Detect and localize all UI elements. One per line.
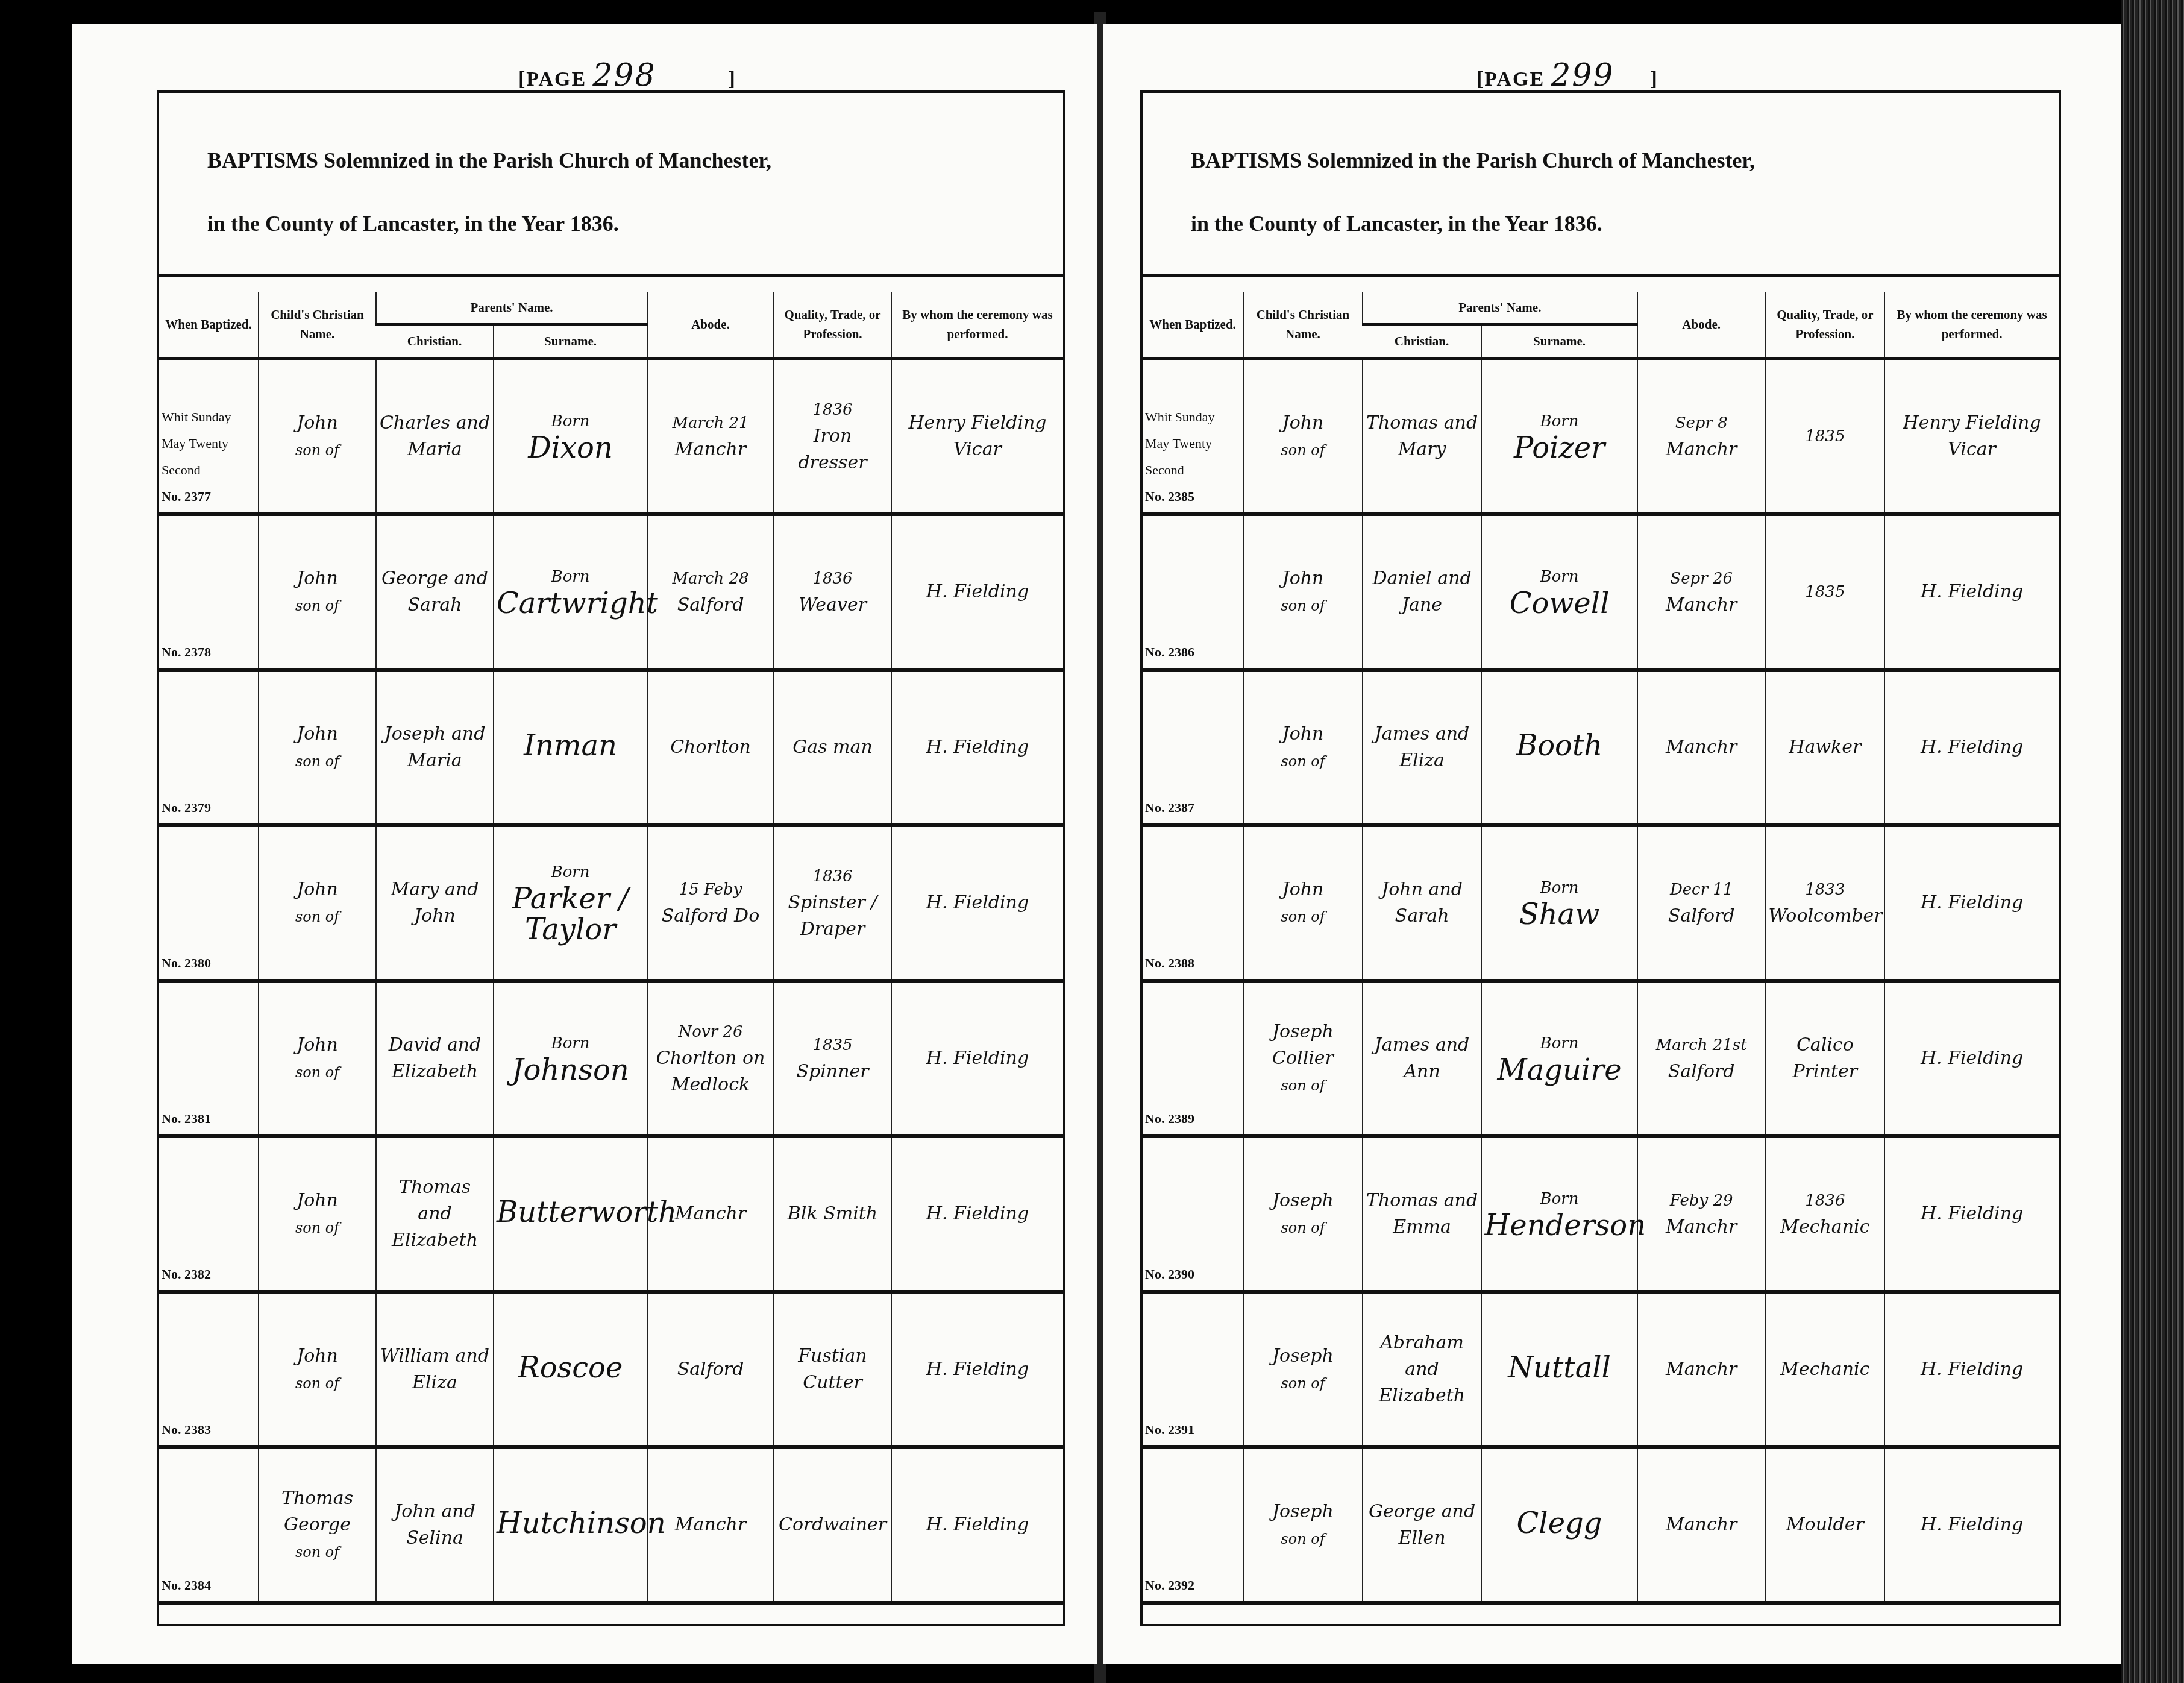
cell-parents-christian: John and Sarah: [1363, 825, 1482, 981]
cell-parents-christian: James and Ann: [1363, 981, 1482, 1136]
cell-when: No. 2390: [1143, 1136, 1243, 1292]
col-when: When Baptized.: [1143, 292, 1243, 359]
trade: Mechanic: [1780, 1216, 1869, 1238]
relation: son of: [295, 1375, 339, 1392]
table-row: No. 2380Johnson ofMary and JohnBornParke…: [159, 825, 1063, 981]
relation: son of: [1281, 1077, 1325, 1094]
cell-when: No. 2380: [159, 825, 259, 981]
child-name: John: [1282, 412, 1324, 433]
baptism-table: When Baptized. Child's Christian Name. P…: [1143, 292, 2059, 1605]
col-ceremony: By whom the ceremony was performed.: [891, 292, 1063, 359]
table-row: No. 2381Johnson ofDavid and ElizabethBor…: [159, 981, 1063, 1136]
parents-christian: Daniel and Jane: [1373, 568, 1472, 615]
cell-surname: BornHenderson: [1481, 1136, 1637, 1292]
birth-year: 1835: [777, 1032, 888, 1059]
cell-surname: BornMaguire: [1481, 981, 1637, 1136]
surname: Poizer: [1514, 431, 1605, 465]
child-name: John: [297, 1345, 338, 1367]
cell-quality: Hawker: [1766, 670, 1885, 825]
baptism-date: Whit Sunday May Twenty Second: [1145, 404, 1240, 483]
cell-surname: Booth: [1481, 670, 1637, 825]
cell-surname: BornPoizer: [1481, 359, 1637, 514]
child-name: John: [297, 879, 338, 900]
birth-date: March 21st: [1640, 1032, 1763, 1059]
cell-surname: Inman: [494, 670, 647, 825]
relation: son of: [1281, 442, 1325, 459]
page-label: [PAGE: [1476, 68, 1545, 90]
parents-christian: John and Sarah: [1381, 879, 1463, 926]
cell-surname: Hutchinson: [494, 1447, 647, 1603]
cell-ceremony: H. Fielding: [891, 670, 1063, 825]
col-child: Child's Christian Name.: [259, 292, 376, 359]
officiant: H. Fielding: [1921, 1048, 2023, 1069]
baptism-date: Whit Sunday May Twenty Second: [162, 404, 256, 483]
abode: Salford: [1668, 1061, 1735, 1082]
cell-when: No. 2383: [159, 1292, 259, 1447]
table-row: No. 2382Johnson ofThomas and ElizabethBu…: [159, 1136, 1063, 1292]
cell-child: Josephson of: [1243, 1136, 1363, 1292]
cell-ceremony: H. Fielding: [891, 1447, 1063, 1603]
cell-quality: 1835: [1766, 514, 1885, 670]
cell-abode: Manchr: [647, 1447, 774, 1603]
abode: Salford Do: [662, 905, 759, 926]
cell-quality: 1833Woolcomber: [1766, 825, 1885, 981]
cell-quality: Calico Printer: [1766, 981, 1885, 1136]
entry-number: No. 2391: [1145, 1422, 1194, 1437]
birth-year: 1836: [777, 397, 888, 423]
parents-christian: Thomas and Emma: [1366, 1190, 1478, 1238]
cell-when: No. 2386: [1143, 514, 1243, 670]
child-name: John: [297, 1190, 338, 1211]
cell-abode: March 28Salford: [647, 514, 774, 670]
officiant: H. Fielding: [1921, 1514, 2023, 1535]
trade: Calico Printer: [1793, 1034, 1858, 1082]
officiant: H. Fielding: [926, 581, 1029, 602]
register-title: BAPTISMS Solemnized in the Parish Church…: [159, 129, 1063, 256]
parents-christian: David and Elizabeth: [389, 1034, 482, 1082]
cell-child: Johnson of: [259, 825, 376, 981]
page-number: 298: [592, 57, 656, 93]
surname: Cowell: [1510, 587, 1610, 620]
cell-parents-christian: Thomas and Elizabeth: [376, 1136, 494, 1292]
surname: Parker / Taylor: [512, 882, 629, 946]
cell-parents-christian: Abraham and Elizabeth: [1363, 1292, 1482, 1447]
abode: Manchr: [1666, 1359, 1737, 1380]
abode: Salford: [1668, 905, 1735, 926]
col-ceremony: By whom the ceremony was performed.: [1884, 292, 2059, 359]
cell-abode: Manchr: [1637, 670, 1766, 825]
cell-ceremony: Henry Fielding Vicar: [891, 359, 1063, 514]
trade: Moulder: [1786, 1514, 1864, 1535]
cell-quality: 1836Mechanic: [1766, 1136, 1885, 1292]
surname: Hutchinson: [497, 1506, 666, 1540]
table-row: No. 2388Johnson ofJohn and SarahBornShaw…: [1143, 825, 2059, 981]
abode: Chorlton: [670, 737, 751, 758]
relation: son of: [295, 908, 339, 925]
cell-quality: Mechanic: [1766, 1292, 1885, 1447]
cell-quality: Blk Smith: [774, 1136, 891, 1292]
entry-number: No. 2392: [1145, 1578, 1194, 1593]
cell-abode: Manchr: [1637, 1447, 1766, 1603]
trade: Fustian Cutter: [798, 1345, 867, 1393]
col-quality: Quality, Trade, or Profession.: [1766, 292, 1885, 359]
entry-number: No. 2390: [1145, 1266, 1194, 1282]
table-row: No. 2387Johnson ofJames and ElizaBoothMa…: [1143, 670, 2059, 825]
title-rule: [1143, 274, 2059, 277]
abode: Manchr: [675, 1203, 746, 1224]
cell-abode: Novr 26Chorlton on Medlock: [647, 981, 774, 1136]
birth-date: Sepr 8: [1640, 410, 1763, 436]
register-frame: BAPTISMS Solemnized in the Parish Church…: [157, 90, 1065, 1626]
cell-ceremony: H. Fielding: [891, 1292, 1063, 1447]
cell-surname: Nuttall: [1481, 1292, 1637, 1447]
right-page: [PAGE299] BAPTISMS Solemnized in the Par…: [1103, 24, 2121, 1664]
cell-when: Whit Sunday May Twenty SecondNo. 2385: [1143, 359, 1243, 514]
entry-number: No. 2386: [1145, 644, 1194, 659]
baptism-table: When Baptized. Child's Christian Name. P…: [159, 292, 1063, 1605]
entry-number: No. 2385: [1145, 489, 1194, 504]
birth-date: March 28: [650, 565, 771, 592]
cell-child: Johnson of: [1243, 670, 1363, 825]
surname: Dixon: [528, 431, 613, 465]
cell-child: Johnson of: [259, 359, 376, 514]
abode: Manchr: [1666, 439, 1737, 460]
cell-child: Johnson of: [1243, 825, 1363, 981]
table-row: No. 2383Johnson ofWilliam and ElizaRosco…: [159, 1292, 1063, 1447]
child-name: Joseph: [1272, 1501, 1334, 1522]
entry-number: No. 2384: [162, 1578, 211, 1593]
table-row: No. 2386Johnson ofDaniel and JaneBornCow…: [1143, 514, 2059, 670]
title-line-2: in the County of Lancaster, in the Year …: [1191, 192, 2059, 256]
cell-ceremony: H. Fielding: [1884, 670, 2059, 825]
parents-christian: Joseph and Maria: [384, 723, 486, 771]
parents-christian: Abraham and Elizabeth: [1379, 1332, 1465, 1406]
birth-date: Sepr 26: [1640, 565, 1763, 592]
entry-number: No. 2381: [162, 1111, 211, 1126]
entry-number: No. 2382: [162, 1266, 211, 1282]
abode: Manchr: [1666, 594, 1737, 615]
surname: Clegg: [1517, 1506, 1602, 1540]
child-name: John: [297, 568, 338, 589]
register-frame: BAPTISMS Solemnized in the Parish Church…: [1140, 90, 2061, 1626]
relation: son of: [1281, 1530, 1325, 1547]
left-page: [PAGE298] BAPTISMS Solemnized in the Par…: [72, 24, 1097, 1664]
abode: Manchr: [675, 1514, 746, 1535]
entry-number: No. 2379: [162, 800, 211, 815]
cell-ceremony: H. Fielding: [1884, 1447, 2059, 1603]
trade: Cordwainer: [779, 1514, 886, 1535]
cell-surname: BornParker / Taylor: [494, 825, 647, 981]
cell-ceremony: H. Fielding: [891, 981, 1063, 1136]
birth-date: Feby 29: [1640, 1188, 1763, 1214]
cell-ceremony: H. Fielding: [1884, 514, 2059, 670]
cell-quality: 1835Spinner: [774, 981, 891, 1136]
cell-surname: BornJohnson: [494, 981, 647, 1136]
cell-surname: Clegg: [1481, 1447, 1637, 1603]
relation: son of: [1281, 597, 1325, 614]
surname: Henderson: [1484, 1209, 1646, 1242]
col-parents: Parents' Name.: [376, 292, 647, 324]
officiant: H. Fielding: [1921, 737, 2023, 758]
cell-when: Whit Sunday May Twenty SecondNo. 2377: [159, 359, 259, 514]
child-name: John: [297, 412, 338, 433]
child-name: Joseph: [1272, 1190, 1334, 1211]
cell-when: No. 2392: [1143, 1447, 1243, 1603]
col-when: When Baptized.: [159, 292, 259, 359]
page-number-header: [PAGE299]: [1476, 57, 1658, 93]
title-line-1: BAPTISMS Solemnized in the Parish Church…: [1191, 129, 2059, 192]
col-quality: Quality, Trade, or Profession.: [774, 292, 891, 359]
cell-when: No. 2391: [1143, 1292, 1243, 1447]
birth-date: 15 Feby: [650, 876, 771, 903]
birth-year: 1836: [777, 565, 888, 592]
surname: Maguire: [1498, 1053, 1622, 1087]
cell-ceremony: Henry Fielding Vicar: [1884, 359, 2059, 514]
col-christian: Christian.: [376, 324, 494, 359]
trade: Mechanic: [1780, 1359, 1869, 1380]
child-name: John: [1282, 723, 1324, 744]
abode: Manchr: [1666, 737, 1737, 758]
entry-number: No. 2378: [162, 644, 211, 659]
col-surname: Surname.: [1481, 324, 1637, 359]
parents-christian: George and Ellen: [1369, 1501, 1475, 1549]
parents-christian: Charles and Maria: [380, 412, 490, 460]
officiant: Henry Fielding Vicar: [908, 412, 1046, 460]
child-name: John: [297, 723, 338, 744]
trade: Blk Smith: [788, 1203, 877, 1224]
birth-date: March 21: [650, 410, 771, 436]
officiant: H. Fielding: [926, 1359, 1029, 1380]
cell-parents-christian: Daniel and Jane: [1363, 514, 1482, 670]
cell-child: Johnson of: [259, 1292, 376, 1447]
parents-christian: George and Sarah: [381, 568, 488, 615]
cell-abode: Manchr: [1637, 1292, 1766, 1447]
cell-abode: Sepr 26Manchr: [1637, 514, 1766, 670]
cell-ceremony: H. Fielding: [891, 1136, 1063, 1292]
cell-child: Josephson of: [1243, 1292, 1363, 1447]
officiant: Henry Fielding Vicar: [1903, 412, 2041, 460]
surname: Cartwright: [497, 587, 658, 620]
table-row: Whit Sunday May Twenty SecondNo. 2385Joh…: [1143, 359, 2059, 514]
cell-parents-christian: William and Eliza: [376, 1292, 494, 1447]
cell-surname: BornCowell: [1481, 514, 1637, 670]
officiant: H. Fielding: [926, 1514, 1029, 1535]
birth-year: 1835: [1769, 579, 1882, 605]
cell-child: Johnson of: [259, 981, 376, 1136]
cell-abode: 15 FebySalford Do: [647, 825, 774, 981]
cell-parents-christian: John and Selina: [376, 1447, 494, 1603]
parents-christian: James and Eliza: [1375, 723, 1469, 771]
cell-when: No. 2381: [159, 981, 259, 1136]
officiant: H. Fielding: [926, 1048, 1029, 1069]
relation: son of: [1281, 908, 1325, 925]
birth-year: 1833: [1769, 876, 1882, 903]
cell-surname: BornCartwright: [494, 514, 647, 670]
trade: Iron dresser: [798, 426, 867, 473]
relation: son of: [295, 753, 339, 770]
cell-parents-christian: James and Eliza: [1363, 670, 1482, 825]
table-row: No. 2392Josephson ofGeorge and EllenCleg…: [1143, 1447, 2059, 1603]
cell-parents-christian: Thomas and Emma: [1363, 1136, 1482, 1292]
cell-child: Johnson of: [1243, 359, 1363, 514]
cell-quality: 1836Weaver: [774, 514, 891, 670]
page-label: [PAGE: [518, 68, 586, 90]
cell-parents-christian: George and Ellen: [1363, 1447, 1482, 1603]
officiant: H. Fielding: [1921, 892, 2023, 913]
cell-quality: 1836Spinster / Draper: [774, 825, 891, 981]
cell-surname: Butterworth: [494, 1136, 647, 1292]
birth-date: Decr 11: [1640, 876, 1763, 903]
cell-abode: Salford: [647, 1292, 774, 1447]
cell-abode: Feby 29Manchr: [1637, 1136, 1766, 1292]
table-row: No. 2390Josephson ofThomas and EmmaBornH…: [1143, 1136, 2059, 1292]
officiant: H. Fielding: [1921, 1203, 2023, 1224]
child-name: Thomas George: [281, 1488, 353, 1535]
cell-parents-christian: Charles and Maria: [376, 359, 494, 514]
cell-quality: Fustian Cutter: [774, 1292, 891, 1447]
cell-when: No. 2382: [159, 1136, 259, 1292]
surname: Shaw: [1519, 898, 1600, 931]
trade: Gas man: [792, 737, 872, 758]
surname: Nuttall: [1508, 1351, 1611, 1385]
col-parents: Parents' Name.: [1363, 292, 1637, 324]
cell-quality: 1836Iron dresser: [774, 359, 891, 514]
relation: son of: [1281, 1219, 1325, 1236]
cell-child: Joseph Collierson of: [1243, 981, 1363, 1136]
cell-abode: March 21Manchr: [647, 359, 774, 514]
officiant: H. Fielding: [1921, 1359, 2023, 1380]
cell-child: Thomas Georgeson of: [259, 1447, 376, 1603]
relation: son of: [295, 442, 339, 459]
relation: son of: [295, 597, 339, 614]
relation: son of: [295, 1064, 339, 1081]
trade: Weaver: [799, 594, 867, 615]
child-name: John: [297, 1034, 338, 1055]
col-child: Child's Christian Name.: [1243, 292, 1363, 359]
page-number: 299: [1551, 57, 1614, 93]
parents-christian: Thomas and Mary: [1366, 412, 1478, 460]
parents-christian: Mary and John: [391, 879, 479, 926]
abode: Manchr: [1666, 1514, 1737, 1535]
cell-parents-christian: George and Sarah: [376, 514, 494, 670]
relation: son of: [1281, 753, 1325, 770]
cell-ceremony: H. Fielding: [1884, 1292, 2059, 1447]
relation: son of: [295, 1219, 339, 1236]
cell-parents-christian: Thomas and Mary: [1363, 359, 1482, 514]
cell-surname: Roscoe: [494, 1292, 647, 1447]
abode: Chorlton on Medlock: [656, 1048, 765, 1095]
entry-number: No. 2387: [1145, 800, 1194, 815]
table-row: No. 2391Josephson ofAbraham and Elizabet…: [1143, 1292, 2059, 1447]
birth-year: 1836: [777, 863, 888, 890]
cell-when: No. 2379: [159, 670, 259, 825]
parents-christian: James and Ann: [1375, 1034, 1469, 1082]
cell-child: Johnson of: [259, 670, 376, 825]
title-line-1: BAPTISMS Solemnized in the Parish Church…: [207, 129, 1063, 192]
surname: Johnson: [512, 1053, 629, 1087]
surname: Booth: [1516, 729, 1602, 763]
surname: Butterworth: [497, 1195, 677, 1229]
cell-when: No. 2388: [1143, 825, 1243, 981]
parents-christian: John and Selina: [394, 1501, 475, 1549]
title-rule: [159, 274, 1063, 277]
cell-parents-christian: Joseph and Maria: [376, 670, 494, 825]
cell-quality: Cordwainer: [774, 1447, 891, 1603]
table-row: No. 2379Johnson ofJoseph and MariaInmanC…: [159, 670, 1063, 825]
surname: Roscoe: [518, 1351, 623, 1385]
register-title: BAPTISMS Solemnized in the Parish Church…: [1143, 129, 2059, 256]
cell-parents-christian: David and Elizabeth: [376, 981, 494, 1136]
parents-christian: Thomas and Elizabeth: [392, 1177, 478, 1251]
title-line-2: in the County of Lancaster, in the Year …: [207, 192, 1063, 256]
cell-child: Johnson of: [259, 1136, 376, 1292]
cell-quality: Moulder: [1766, 1447, 1885, 1603]
trade: Spinster / Draper: [788, 892, 877, 940]
cell-abode: Sepr 8Manchr: [1637, 359, 1766, 514]
abode: Manchr: [1666, 1216, 1737, 1238]
entry-number: No. 2380: [162, 955, 211, 970]
cell-when: No. 2387: [1143, 670, 1243, 825]
cell-surname: BornShaw: [1481, 825, 1637, 981]
col-christian: Christian.: [1363, 324, 1482, 359]
officiant: H. Fielding: [926, 1203, 1029, 1224]
surname: Inman: [524, 729, 617, 763]
table-row: No. 2389Joseph Collierson ofJames and An…: [1143, 981, 2059, 1136]
birth-year: 1835: [1769, 423, 1882, 450]
cell-child: Johnson of: [1243, 514, 1363, 670]
cell-quality: Gas man: [774, 670, 891, 825]
col-abode: Abode.: [647, 292, 774, 359]
cell-child: Johnson of: [259, 514, 376, 670]
entry-number: No. 2383: [162, 1422, 211, 1437]
cell-abode: Decr 11Salford: [1637, 825, 1766, 981]
cell-abode: Chorlton: [647, 670, 774, 825]
trade: Spinner: [796, 1061, 868, 1082]
abode: Salford: [677, 594, 744, 615]
cell-ceremony: H. Fielding: [891, 514, 1063, 670]
abode: Salford: [677, 1359, 744, 1380]
cell-parents-christian: Mary and John: [376, 825, 494, 981]
table-row: No. 2384Thomas Georgeson ofJohn and Seli…: [159, 1447, 1063, 1603]
birth-year: 1836: [1769, 1188, 1882, 1214]
abode: Manchr: [675, 439, 746, 460]
officiant: H. Fielding: [926, 737, 1029, 758]
trade: Woolcomber: [1769, 905, 1883, 926]
officiant: H. Fielding: [926, 892, 1029, 913]
cell-child: Josephson of: [1243, 1447, 1363, 1603]
entry-number: No. 2388: [1145, 955, 1194, 970]
cell-ceremony: H. Fielding: [1884, 825, 2059, 981]
entry-number: No. 2389: [1145, 1111, 1194, 1126]
cell-ceremony: H. Fielding: [1884, 981, 2059, 1136]
child-name: John: [1282, 879, 1324, 900]
table-row: No. 2378Johnson ofGeorge and SarahBornCa…: [159, 514, 1063, 670]
page-number-header: [PAGE298]: [518, 57, 736, 93]
table-row: Whit Sunday May Twenty SecondNo. 2377Joh…: [159, 359, 1063, 514]
col-abode: Abode.: [1637, 292, 1766, 359]
cell-surname: BornDixon: [494, 359, 647, 514]
relation: son of: [295, 1544, 339, 1561]
col-surname: Surname.: [494, 324, 647, 359]
officiant: H. Fielding: [1921, 581, 2023, 602]
cell-when: No. 2384: [159, 1447, 259, 1603]
trade: Hawker: [1789, 737, 1861, 758]
relation: son of: [1281, 1375, 1325, 1392]
entry-number: No. 2377: [162, 489, 211, 504]
cell-ceremony: H. Fielding: [891, 825, 1063, 981]
birth-date: Novr 26: [650, 1019, 771, 1045]
cell-abode: March 21stSalford: [1637, 981, 1766, 1136]
